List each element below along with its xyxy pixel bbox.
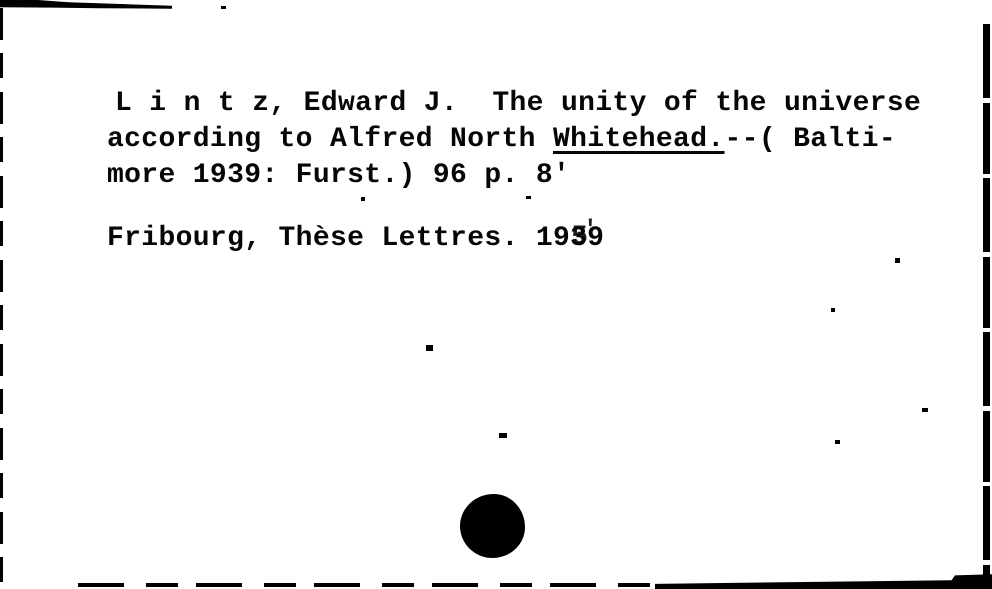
ink-speck [895, 258, 900, 263]
card-right-edge [983, 24, 990, 589]
title-continuation-pre: according to Alfred North [107, 124, 553, 155]
ink-speck [499, 433, 507, 438]
ink-speck [221, 6, 226, 9]
ink-speck [426, 345, 433, 351]
ink-speck [526, 196, 531, 199]
ink-speck [361, 197, 365, 201]
hole-punch [460, 494, 525, 558]
card-bottom-edge-dashed [78, 583, 664, 587]
title-continuation-line: according to Alfred North Whitehead.--( … [107, 122, 896, 158]
thesis-note-pre: Fribourg, Thèse Lettres. 19 [107, 223, 570, 254]
underlined-whitehead: Whitehead. [553, 124, 725, 155]
card-left-edge [0, 8, 3, 589]
author-title-line: L i n t z, Edward J. The unity of the un… [115, 86, 921, 122]
imprint-line: more 1939: Furst.) 96 p. 8' [107, 158, 570, 194]
ink-speck [922, 408, 928, 412]
overstruck-last-digit: 9' [587, 221, 604, 257]
catalog-card: L i n t z, Edward J. The unity of the un… [0, 0, 992, 589]
ink-speck [835, 440, 840, 444]
ink-speck [831, 308, 835, 312]
thesis-note-line: Fribourg, Thèse Lettres. 19359' [107, 221, 604, 257]
card-bottom-edge-solid [655, 573, 992, 589]
title-continuation-post: --( Balti- [725, 124, 897, 155]
card-top-edge [0, 0, 172, 10]
